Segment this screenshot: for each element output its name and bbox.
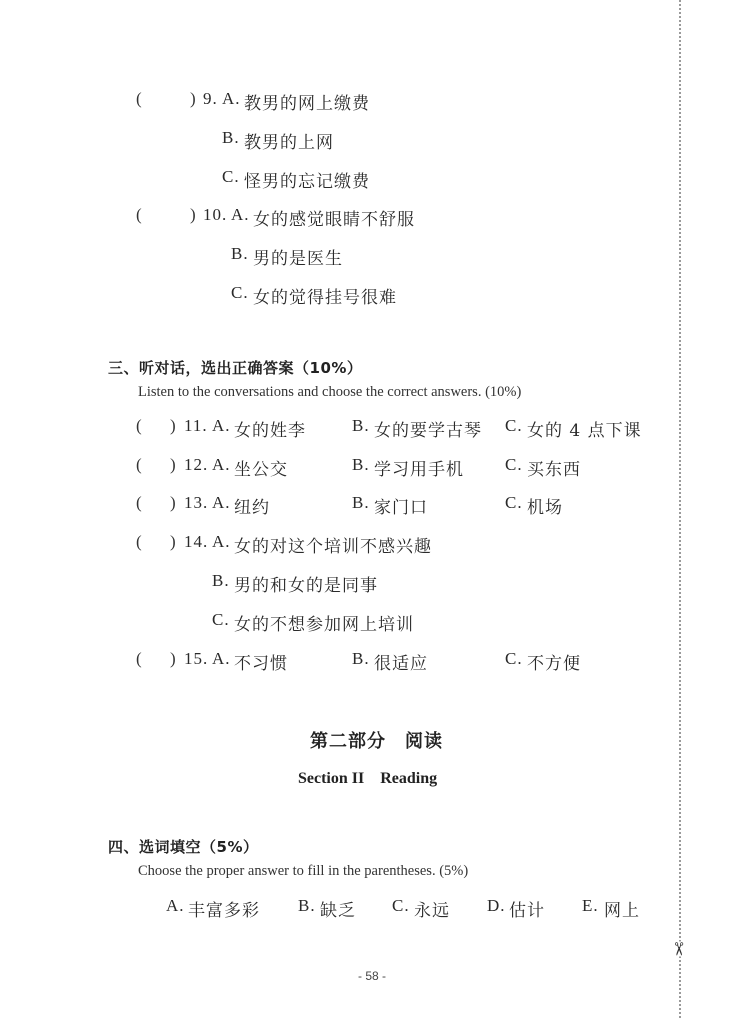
- answer-blank-open[interactable]: (: [136, 493, 142, 513]
- option-text: 买东西: [527, 455, 581, 480]
- option-text: 不方便: [527, 649, 581, 674]
- section-4-instruction: Choose the proper answer to fill in the …: [138, 863, 468, 880]
- option-text: 教男的网上缴费: [244, 89, 370, 114]
- option-label: C.: [212, 610, 230, 630]
- word-option-label: E.: [582, 896, 599, 916]
- option-text: 女的要学古琴: [374, 416, 482, 441]
- answer-blank-close: ): [190, 89, 196, 109]
- page-number: - 58 -: [358, 969, 386, 983]
- option-label: B.: [352, 416, 370, 436]
- option-label: B.: [352, 455, 370, 475]
- option-label: A.: [212, 532, 231, 552]
- option-text: 学习用手机: [374, 455, 464, 480]
- option-label: C.: [505, 416, 523, 436]
- option-label: A.: [222, 89, 241, 109]
- option-label: C.: [505, 649, 523, 669]
- section-2-title: Section II Reading: [298, 765, 437, 788]
- answer-blank-close: ): [170, 532, 176, 552]
- option-text: 坐公交: [234, 455, 288, 480]
- answer-blank-open[interactable]: (: [136, 455, 142, 475]
- question-number: 14.: [184, 532, 208, 552]
- word-option-text: 丰富多彩: [188, 896, 260, 921]
- word-option-label: B.: [298, 896, 316, 916]
- option-text: 女的对这个培训不感兴趣: [234, 532, 432, 557]
- option-text: 女的不想参加网上培训: [234, 610, 414, 635]
- section-4-heading: 四、选词填空（5%）: [108, 836, 258, 857]
- answer-blank-open[interactable]: (: [136, 89, 142, 109]
- question-number: 10.: [203, 205, 227, 225]
- option-label: B.: [212, 571, 230, 591]
- scissors-icon: ✂: [669, 941, 687, 956]
- part-2-title: 第二部分 阅读: [310, 727, 443, 753]
- option-label: C.: [222, 167, 240, 187]
- word-option-text: 网上: [604, 896, 640, 921]
- option-text: 家门口: [374, 493, 428, 518]
- option-label: C.: [505, 493, 523, 513]
- cut-line-divider: [679, 0, 681, 1018]
- answer-blank-close: ): [170, 416, 176, 436]
- option-text: 教男的上网: [244, 128, 334, 153]
- option-text: 女的觉得挂号很难: [253, 283, 397, 308]
- option-text: 男的和女的是同事: [234, 571, 378, 596]
- word-option-text: 永远: [414, 896, 450, 921]
- question-number: 12.: [184, 455, 208, 475]
- word-option-label: D.: [487, 896, 506, 916]
- section-3-instruction: Listen to the conversations and choose t…: [138, 384, 521, 401]
- option-text: 女的感觉眼睛不舒服: [253, 205, 415, 230]
- option-text: 女的 4 点下课: [527, 416, 642, 441]
- option-text: 怪男的忘记缴费: [244, 167, 370, 192]
- answer-blank-open[interactable]: (: [136, 416, 142, 436]
- answer-blank-close: ): [170, 649, 176, 669]
- option-label: A.: [231, 205, 250, 225]
- word-option-text: 估计: [509, 896, 545, 921]
- option-label: A.: [212, 416, 231, 436]
- option-text: 机场: [527, 493, 563, 518]
- option-label: A.: [212, 455, 231, 475]
- answer-blank-open[interactable]: (: [136, 532, 142, 552]
- question-number: 11.: [184, 416, 208, 436]
- answer-blank-close: ): [190, 205, 196, 225]
- option-label: B.: [222, 128, 240, 148]
- section-3-heading: 三、听对话，选出正确答案（10%）: [108, 357, 362, 378]
- word-option-label: C.: [392, 896, 410, 916]
- option-label: A.: [212, 493, 231, 513]
- answer-blank-open[interactable]: (: [136, 205, 142, 225]
- option-label: B.: [231, 244, 249, 264]
- option-label: C.: [231, 283, 249, 303]
- question-number: 15.: [184, 649, 208, 669]
- question-number: 9.: [203, 89, 218, 109]
- option-label: C.: [505, 455, 523, 475]
- answer-blank-close: ): [170, 493, 176, 513]
- word-option-label: A.: [166, 896, 185, 916]
- option-text: 纽约: [234, 493, 270, 518]
- option-text: 男的是医生: [253, 244, 343, 269]
- answer-blank-open[interactable]: (: [136, 649, 142, 669]
- option-label: B.: [352, 649, 370, 669]
- option-text: 很适应: [374, 649, 428, 674]
- option-label: A.: [212, 649, 231, 669]
- option-text: 不习惯: [234, 649, 288, 674]
- answer-blank-close: ): [170, 455, 176, 475]
- option-text: 女的姓李: [234, 416, 306, 441]
- option-label: B.: [352, 493, 370, 513]
- question-number: 13.: [184, 493, 208, 513]
- word-option-text: 缺乏: [320, 896, 356, 921]
